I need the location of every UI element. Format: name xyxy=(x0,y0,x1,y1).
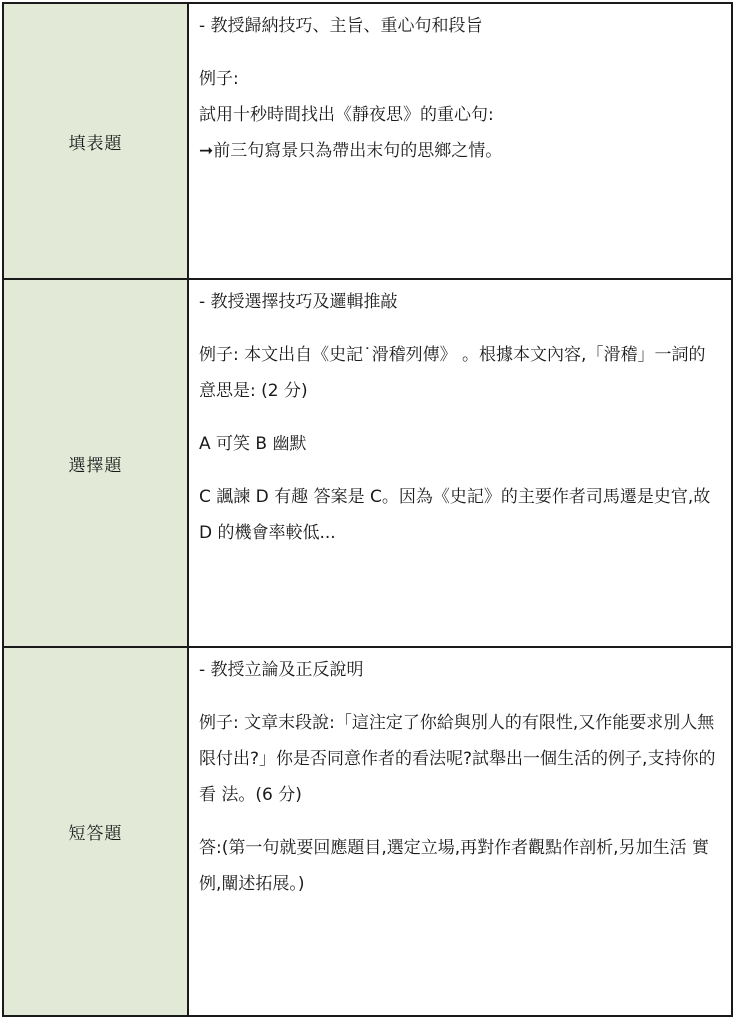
content-cell: - 教授立論及正反說明 例子: 文章末段說:「這注定了你給與別人的有限性,又作能… xyxy=(188,647,732,1016)
teaching-point: - 教授歸納技巧、主旨、重心句和段旨 xyxy=(199,4,721,44)
example-label: 例子: xyxy=(199,61,721,97)
teaching-point: - 教授立論及正反說明 xyxy=(199,648,721,688)
example-answer: ➞前三句寫景只為帶出末句的思鄉之情。 xyxy=(199,133,721,169)
example-question: 例子: 文章末段說:「這注定了你給與別人的有限性,又作能要求別人無限付出?」你是… xyxy=(199,705,721,813)
teaching-point: - 教授選擇技巧及邏輯推敲 xyxy=(199,280,721,320)
example-question: 例子: 本文出自《史記˙滑稽列傳》 。根據本文內容,「滑稽」一詞的意思是: (2… xyxy=(199,337,721,409)
example-options: A 可笑 B 幽默 xyxy=(199,426,721,462)
example-answer: C 諷諫 D 有趣 答案是 C。因為《史記》的主要作者司馬遷是史官,故 D 的機… xyxy=(199,479,721,551)
content-cell: - 教授歸納技巧、主旨、重心句和段旨 例子: 試用十秒時間找出《靜夜思》的重心句… xyxy=(188,3,732,279)
label-cell: 選擇題 xyxy=(3,279,188,647)
table-row-short-answer: 短答題 - 教授立論及正反說明 例子: 文章末段說:「這注定了你給與別人的有限性… xyxy=(3,647,732,1016)
table-row-multiple-choice: 選擇題 - 教授選擇技巧及邏輯推敲 例子: 本文出自《史記˙滑稽列傳》 。根據本… xyxy=(3,279,732,647)
example-question: 試用十秒時間找出《靜夜思》的重心句: xyxy=(199,97,721,133)
label-cell: 短答題 xyxy=(3,647,188,1016)
question-type-label: 短答題 xyxy=(69,824,123,844)
content-cell: - 教授選擇技巧及邏輯推敲 例子: 本文出自《史記˙滑稽列傳》 。根據本文內容,… xyxy=(188,279,732,647)
question-type-label: 選擇題 xyxy=(69,456,123,476)
table-row-fill-in: 填表題 - 教授歸納技巧、主旨、重心句和段旨 例子: 試用十秒時間找出《靜夜思》… xyxy=(3,3,732,279)
label-cell: 填表題 xyxy=(3,3,188,279)
question-types-table: 填表題 - 教授歸納技巧、主旨、重心句和段旨 例子: 試用十秒時間找出《靜夜思》… xyxy=(2,2,733,1017)
example-answer: 答:(第一句就要回應題目,選定立場,再對作者觀點作剖析,另加生活 實例,闡述拓展… xyxy=(199,830,721,902)
question-type-label: 填表題 xyxy=(69,134,123,154)
